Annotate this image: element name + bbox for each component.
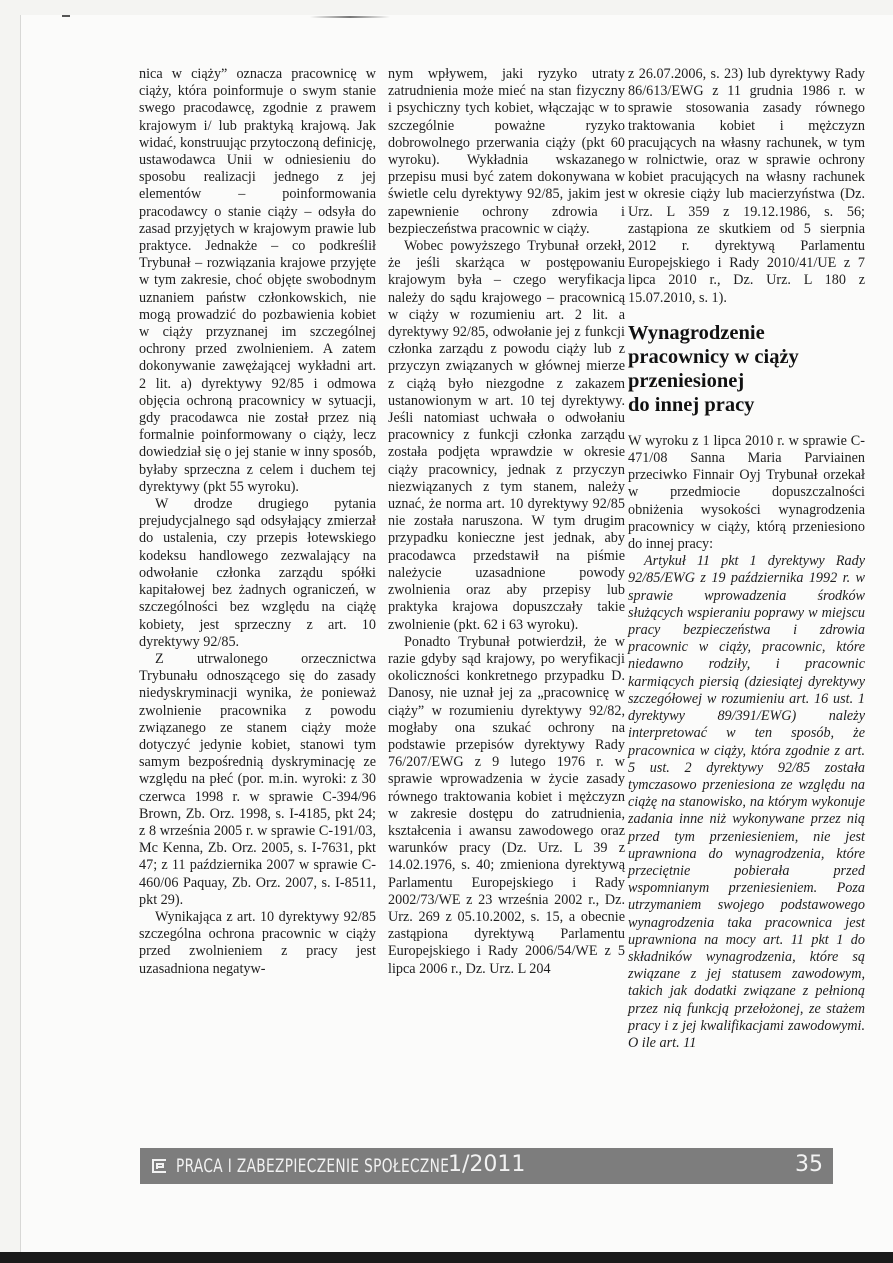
- quoted-ruling-paragraph: Artykuł 11 pkt 1 dyrektywy Rady 92/85/EW…: [628, 553, 865, 1052]
- heading-line: Wynagrodzenie: [628, 322, 765, 344]
- paragraph: Ponadto Trybunał potwierdził, że w razie…: [388, 634, 625, 978]
- paragraph: z 26.07.2006, s. 23) lub dyrektywy Rady …: [628, 66, 865, 307]
- paragraph: nym wpływem, jaki ryzyko utraty zatrudni…: [388, 66, 625, 238]
- paragraph: nica w ciąży” oznacza pracownicę w ciąży…: [139, 66, 376, 496]
- journal-title: PRACA I ZABEZPIECZENIE SPOŁECZNE: [176, 1155, 449, 1177]
- paragraph: W wyroku z 1 lipca 2010 r. w sprawie C-4…: [628, 433, 865, 553]
- issue-number: 1/2011: [448, 1152, 525, 1177]
- section-heading: Wynagrodzenie pracownicy w ciąży przenie…: [628, 321, 865, 417]
- paragraph: Z utrwalonego orzecznictwa Trybunału odn…: [139, 651, 376, 909]
- paragraph: W drodze drugiego pytania prejudycjalneg…: [139, 496, 376, 651]
- text-column-1: nica w ciąży” oznacza pracownicę w ciąży…: [139, 66, 376, 978]
- heading-line: pracownicy w ciąży: [628, 346, 799, 368]
- page-number: 35: [795, 1152, 823, 1177]
- paragraph: Wynikająca z art. 10 dyrektywy 92/85 szc…: [139, 909, 376, 978]
- text-column-3: z 26.07.2006, s. 23) lub dyrektywy Rady …: [628, 66, 865, 1052]
- ps-monogram-icon: [150, 1157, 168, 1175]
- scanner-edge: [0, 1252, 893, 1263]
- scan-shadow-line: [310, 16, 390, 18]
- heading-line: przeniesionej: [628, 370, 744, 392]
- scan-mark: [62, 15, 70, 17]
- heading-line: do innej pracy: [628, 394, 754, 416]
- footer-bar: PRACA I ZABEZPIECZENIE SPOŁECZNE 1/2011 …: [140, 1148, 833, 1184]
- text-column-2: nym wpływem, jaki ryzyko utraty zatrudni…: [388, 66, 625, 978]
- paragraph: Wobec powyższego Trybunał orzekł, że jeś…: [388, 238, 625, 634]
